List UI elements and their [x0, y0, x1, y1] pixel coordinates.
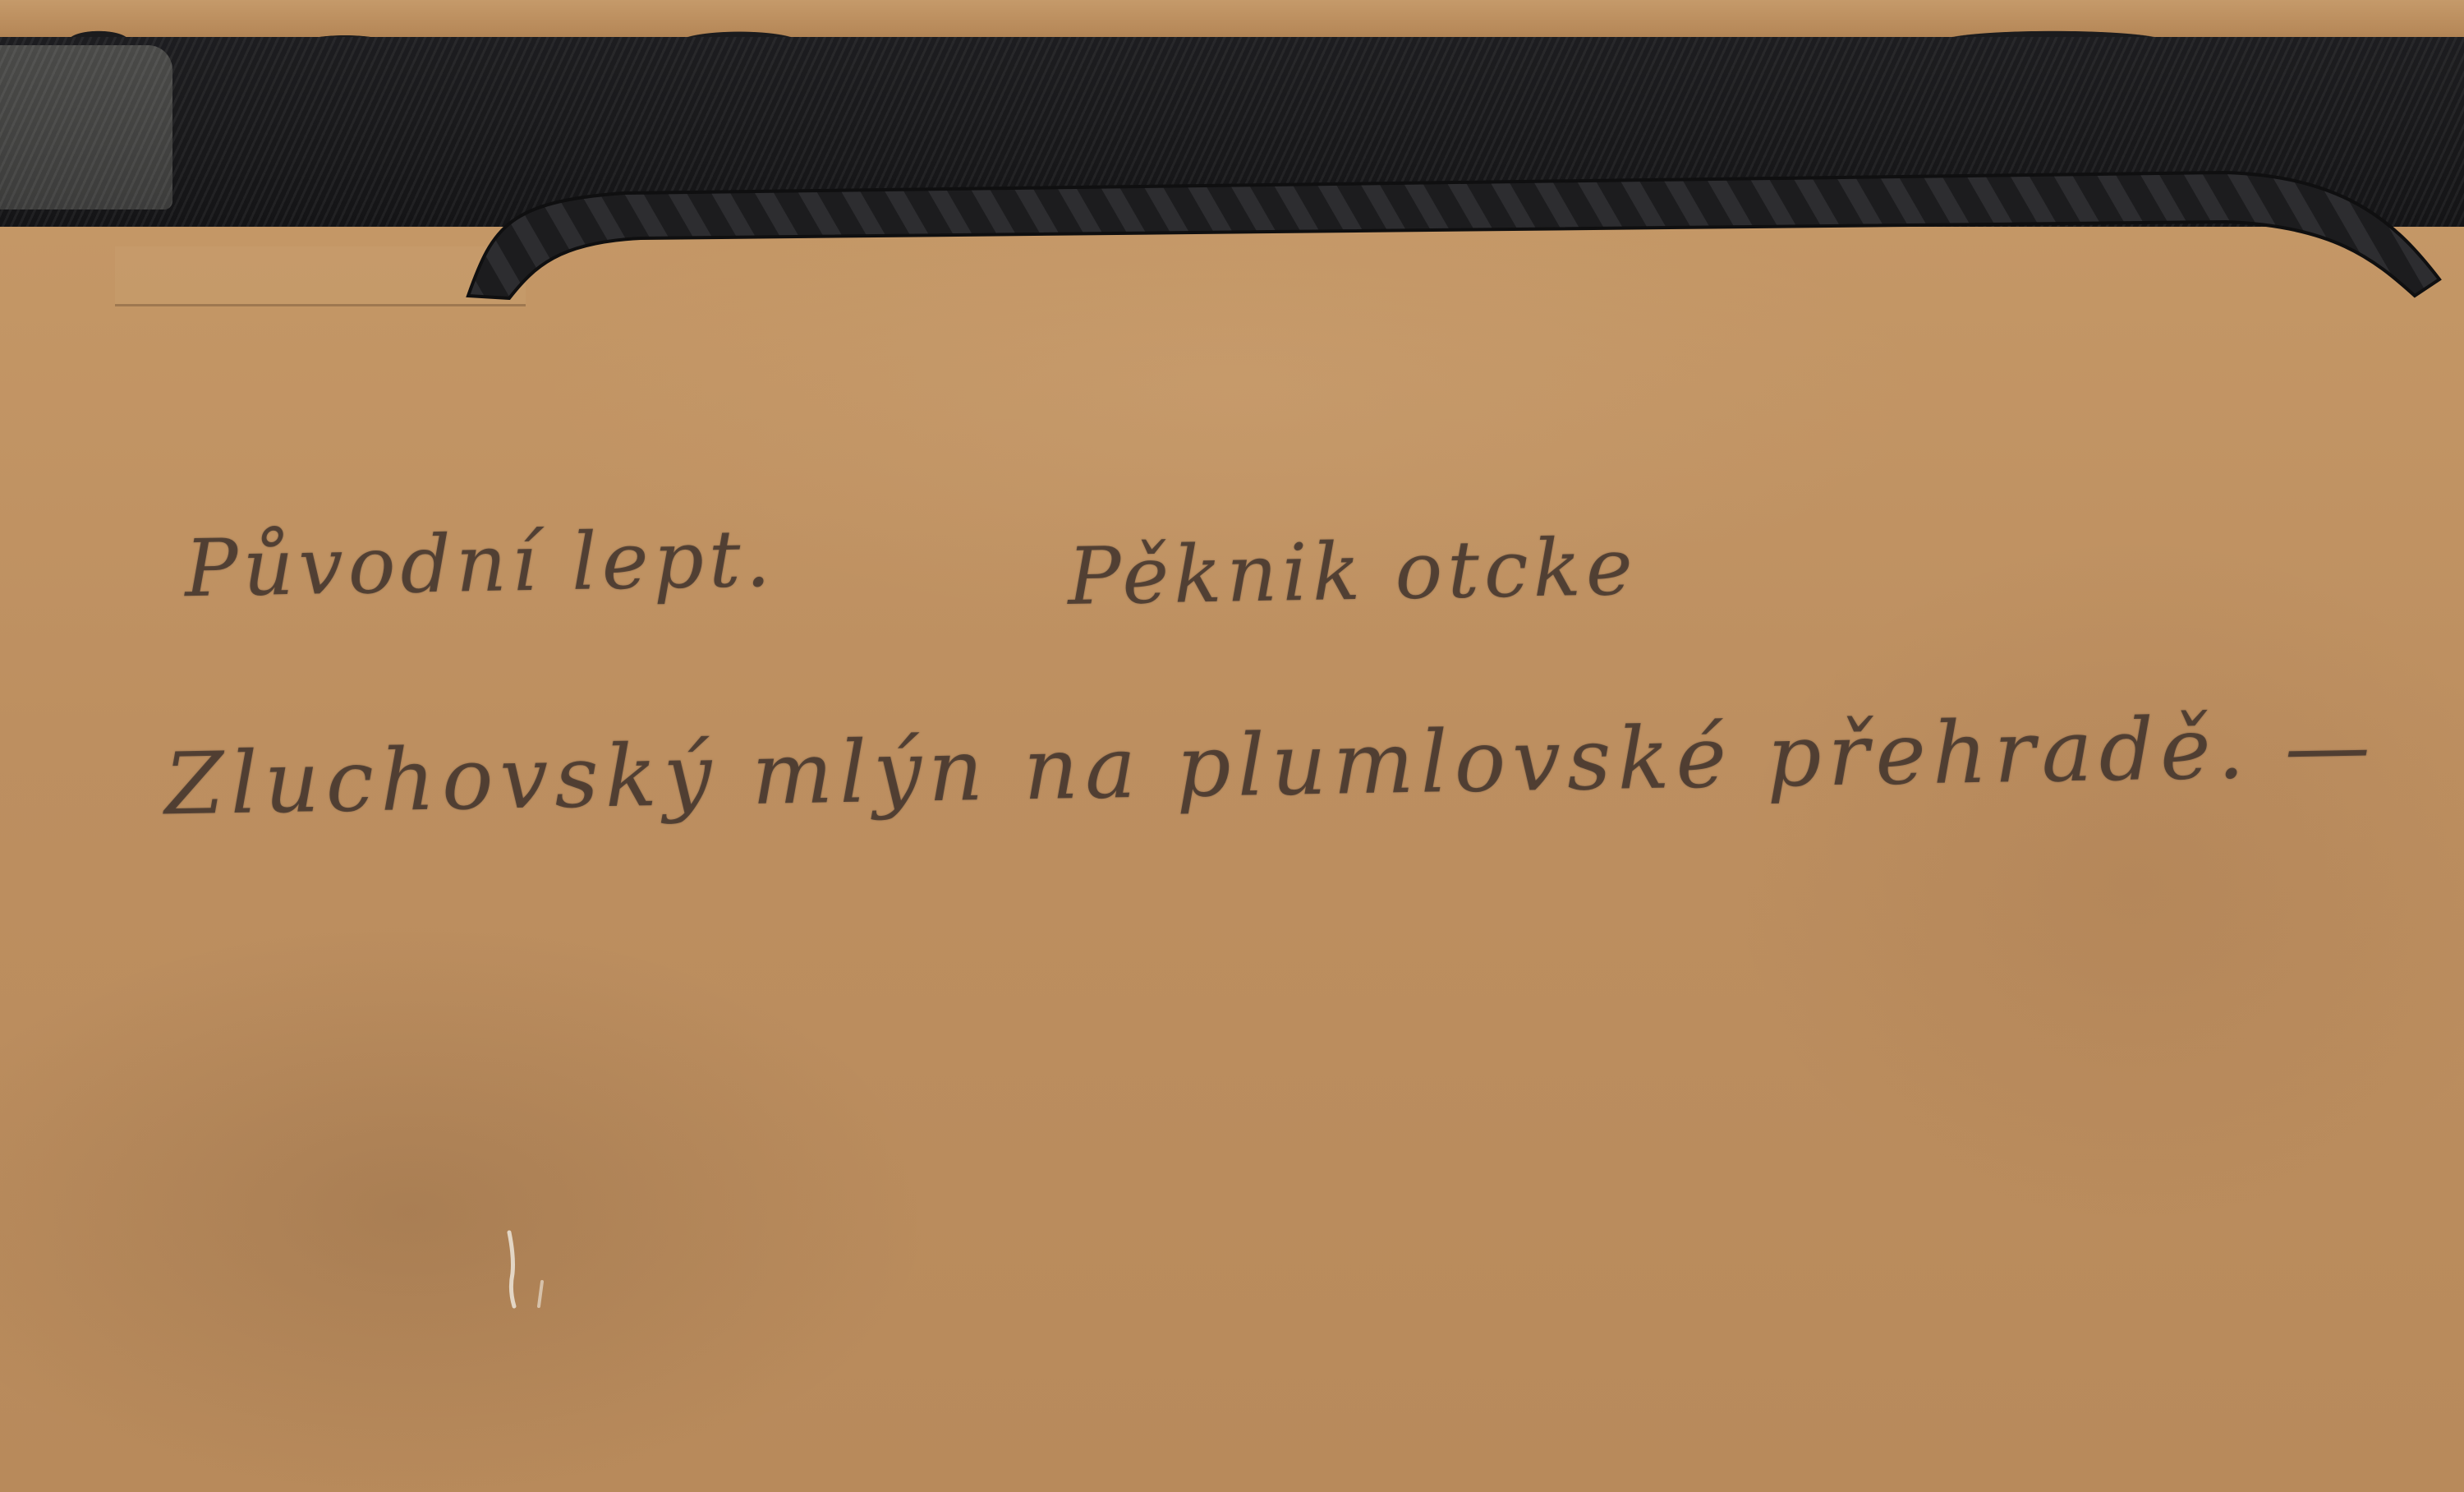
cardboard-backing	[0, 227, 2464, 1492]
hanging-cord-icon	[460, 136, 2448, 300]
frame-back-photo: Původní lept. Pěknik otcke Zluchovský ml…	[0, 0, 2464, 1492]
worn-fabric-patch	[0, 45, 172, 210]
scratch-marks-icon	[485, 1224, 559, 1323]
inscription-artist-name: Pěknik otcke	[1067, 521, 1638, 623]
inscription-original-etching: Původní lept.	[184, 513, 776, 615]
